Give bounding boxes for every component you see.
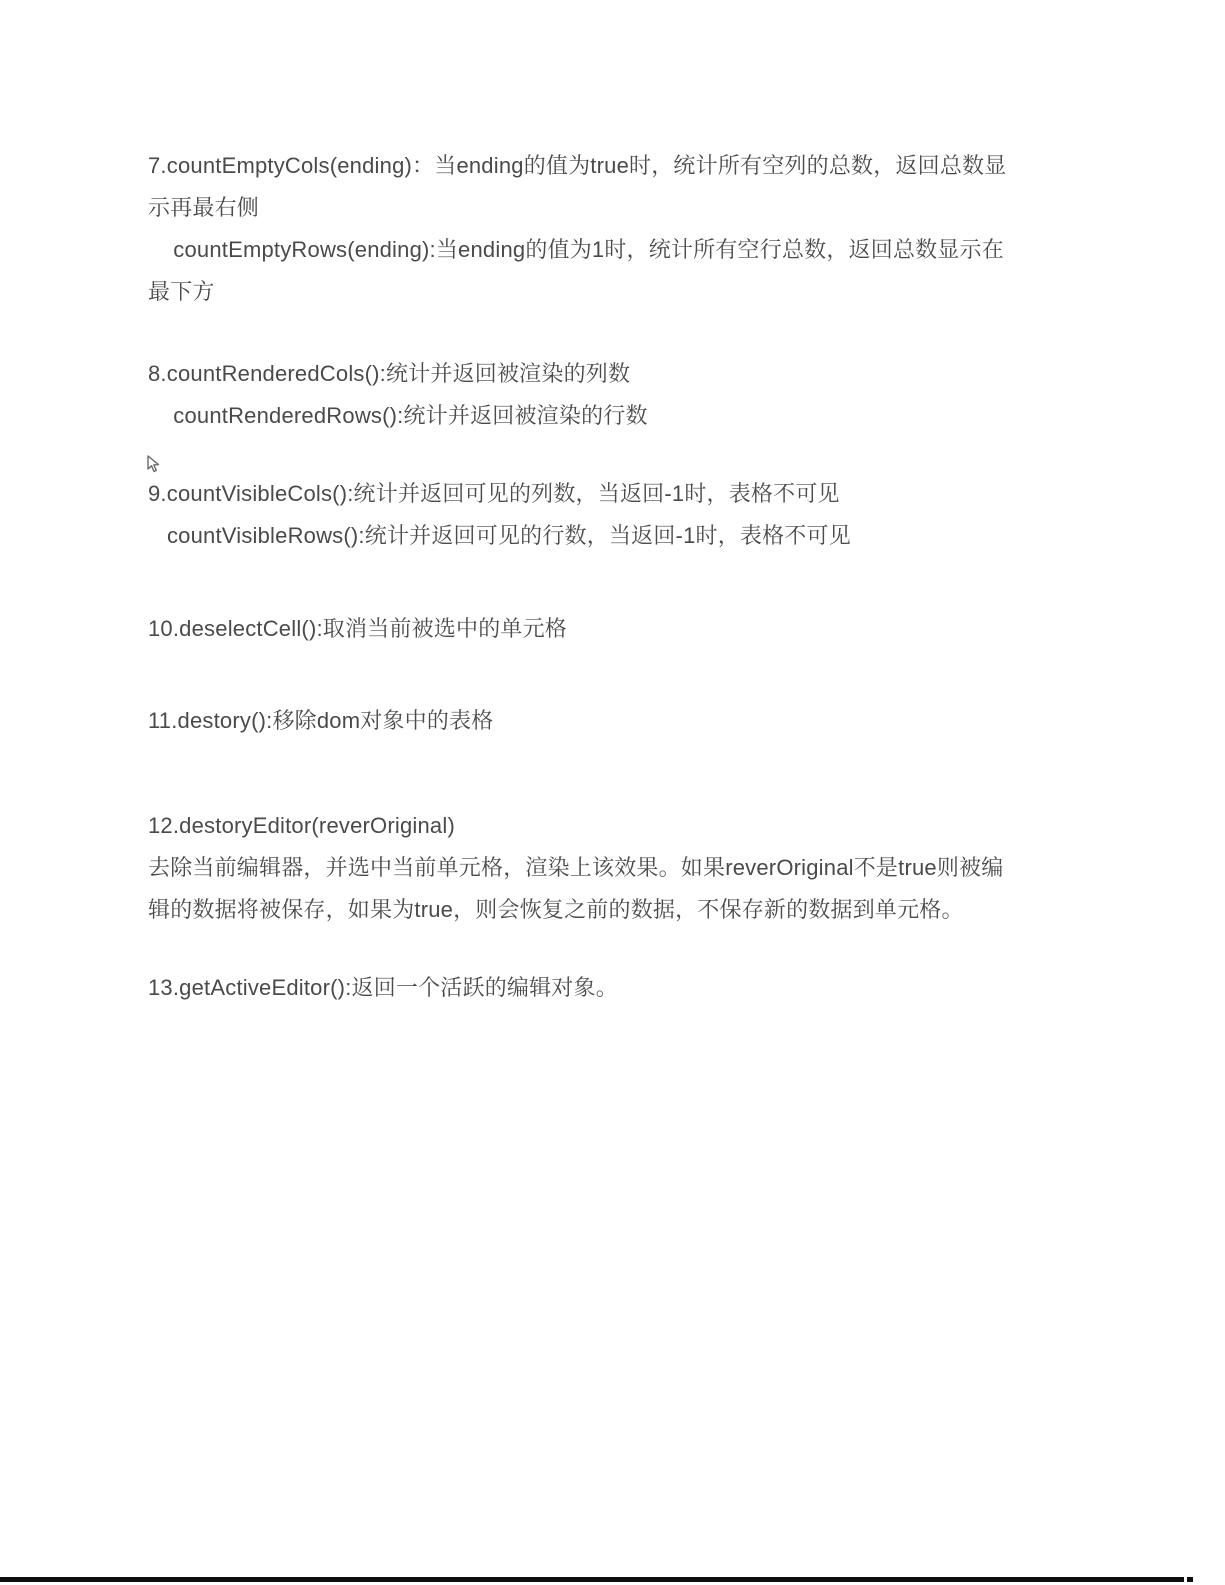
article-body: 7.countEmptyCols(ending)：当ending的值为true时…	[148, 145, 1158, 1009]
mouse-pointer-icon	[144, 455, 164, 477]
paragraph-getActiveEditor: 13.getActiveEditor():返回一个活跃的编辑对象。	[148, 967, 1158, 1009]
paragraph-countRenderedRows: countRenderedRows():统计并返回被渲染的行数	[148, 395, 1158, 437]
paragraph-countVisibleRows: countVisibleRows():统计并返回可见的行数，当返回-1时，表格不…	[148, 515, 1158, 557]
paragraph-countEmptyRows: countEmptyRows(ending):当ending的值为1时，统计所有…	[148, 229, 1158, 313]
paragraph-deselectCell: 10.deselectCell():取消当前被选中的单元格	[148, 608, 1158, 650]
paragraph-destoryEditor-title: 12.destoryEditor(reverOriginal)	[148, 805, 1158, 847]
paragraph-countEmptyCols: 7.countEmptyCols(ending)：当ending的值为true时…	[148, 145, 1158, 229]
paragraph-countVisibleCols: 9.countVisibleCols():统计并返回可见的列数，当返回-1时，表…	[148, 473, 1158, 515]
paragraph-destory: 11.destory():移除dom对象中的表格	[148, 700, 1158, 742]
bottom-border-bar	[0, 1577, 1184, 1582]
paragraph-destoryEditor-desc: 去除当前编辑器，并选中当前单元格，渲染上该效果。如果reverOriginal不…	[148, 847, 1158, 931]
document-page: 7.countEmptyCols(ending)：当ending的值为true时…	[0, 0, 1225, 1585]
bottom-border-bar-end	[1187, 1577, 1193, 1582]
paragraph-countRenderedCols: 8.countRenderedCols():统计并返回被渲染的列数	[148, 353, 1158, 395]
